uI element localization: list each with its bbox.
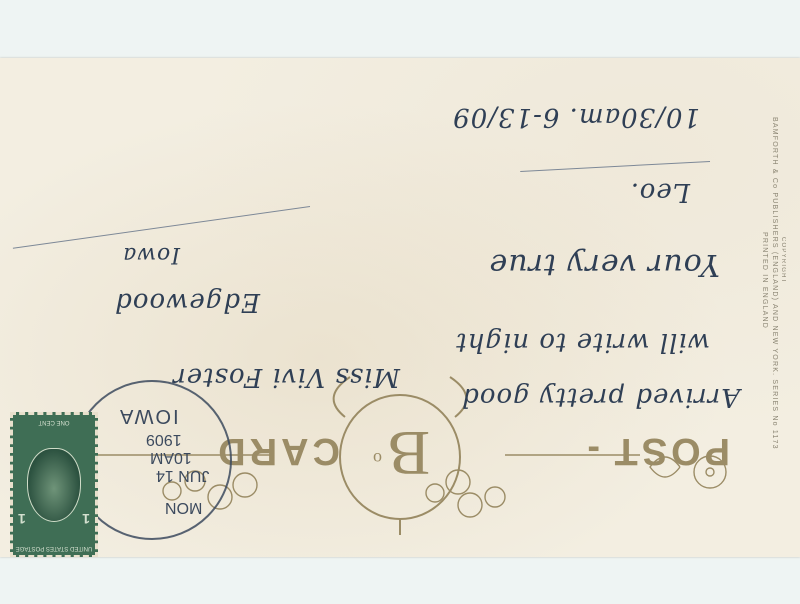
copyright-line: COPYRIGHT xyxy=(780,237,786,283)
handwritten-timestamp: 10/30am. 6-13/09 xyxy=(452,102,700,132)
printed-in-line: PRINTED IN ENGLAND xyxy=(761,232,768,329)
stamp-portrait-icon xyxy=(27,448,81,522)
address-state: Iowa xyxy=(122,242,180,267)
address-line: Edgewood xyxy=(114,287,260,317)
handwritten-line-1: Your very true xyxy=(489,247,720,282)
stamp-denomination-left: 1 xyxy=(82,511,90,527)
postmark-time: 10AM xyxy=(150,448,192,466)
handwritten-greeting: Leo. xyxy=(630,177,690,207)
stamp-bottom-text: ONE CENT xyxy=(39,419,70,425)
pen-stroke xyxy=(520,161,710,172)
handwritten-closing: Arrived pretty good xyxy=(461,382,740,412)
stamp-denomination-right: 1 xyxy=(18,511,26,527)
postmark-weekday: MON xyxy=(165,498,202,516)
postmark-place: IOWA xyxy=(118,404,179,427)
postmark-year: 1909 xyxy=(146,430,182,448)
postage-stamp: UNITED STATES POSTAGE 1 1 ONE CENT xyxy=(10,412,98,557)
postmark-date: JUN 14 xyxy=(156,466,209,484)
address-name: Miss Vivi Foster xyxy=(172,362,400,392)
handwritten-line-2: will write to night xyxy=(455,327,710,357)
publisher-line: BAMFORTH & Co PUBLISHERS (ENGLAND) AND N… xyxy=(771,117,778,450)
stamp-top-text: UNITED STATES POSTAGE xyxy=(16,545,93,551)
postcard: POST - CARD B o BAMFORTH & Co PUBLISHERS… xyxy=(0,58,800,557)
